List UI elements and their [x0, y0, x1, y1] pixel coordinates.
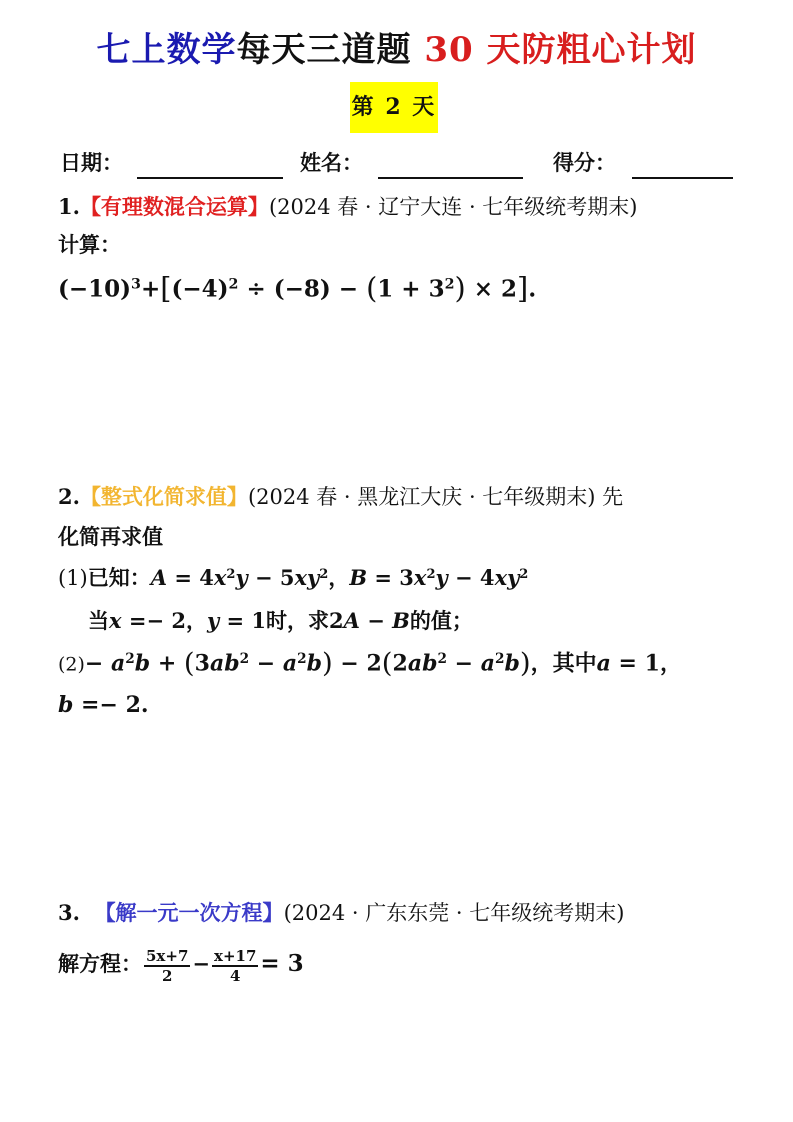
fraction-1: 5x+72: [144, 947, 190, 985]
day-badge: 第 2 天: [350, 82, 438, 133]
problem-1-expression: (−10)3+[(−4)2 ÷ (−8) − (1 + 32) × 2].: [58, 273, 536, 304]
problem-1-prompt: 计算：: [58, 230, 121, 260]
page-title: 七上数学每天三道题 30 天防粗心计划: [0, 28, 793, 72]
title-plan: 30 天防粗心计划: [424, 30, 696, 70]
problem-tag: 【有理数混合运算】: [80, 194, 269, 219]
name-label: 姓名：: [300, 148, 363, 178]
problem-3-prompt: 解方程：: [58, 951, 142, 976]
problem-number: 1.: [58, 194, 80, 219]
problem-2-part-1-condition: 当x =− 2，y = 1时，求2A − B的值；: [88, 606, 473, 636]
problem-1-header: 1.【有理数混合运算】(2024 春 · 辽宁大连 · 七年级统考期末): [58, 192, 638, 222]
date-label: 日期：: [60, 148, 123, 178]
title-subject: 七上数学: [97, 30, 237, 70]
problem-2-part-2: (2)− a2b + (3ab2 − a2b) − 2(2ab2 − a2b)，…: [58, 648, 682, 679]
problem-source: (2024 春 · 黑龙江大庆 · 七年级期末) 先: [248, 485, 623, 509]
problem-3-header: 3. 【解一元一次方程】(2024 · 广东东莞 · 七年级统考期末): [58, 898, 624, 928]
problem-tag: 【整式化简求值】: [80, 484, 248, 509]
problem-2-part-1: (1)已知：A = 4x2y − 5xy2，B = 3x2y − 4xy2: [58, 563, 528, 593]
score-label: 得分：: [553, 148, 616, 178]
problem-2-header-cont: 化简再求值: [58, 522, 163, 552]
problem-2-part-2-cont: b =− 2.: [58, 690, 149, 720]
problem-tag: 【解一元一次方程】: [95, 900, 284, 925]
date-field[interactable]: [137, 177, 283, 179]
fraction-2: x+174: [212, 947, 258, 985]
problem-source: (2024 · 广东东莞 · 七年级统考期末): [284, 901, 625, 925]
problem-number: 3.: [58, 900, 80, 925]
title-daily: 每天三道题: [237, 30, 412, 70]
problem-source: (2024 春 · 辽宁大连 · 七年级统考期末): [269, 195, 638, 219]
problem-2-header: 2.【整式化简求值】(2024 春 · 黑龙江大庆 · 七年级期末) 先: [58, 482, 623, 512]
name-field[interactable]: [378, 177, 523, 179]
score-field[interactable]: [632, 177, 733, 179]
problem-number: 2.: [58, 484, 80, 509]
problem-3-equation: 解方程：5x+72−x+174= 3: [58, 942, 304, 986]
